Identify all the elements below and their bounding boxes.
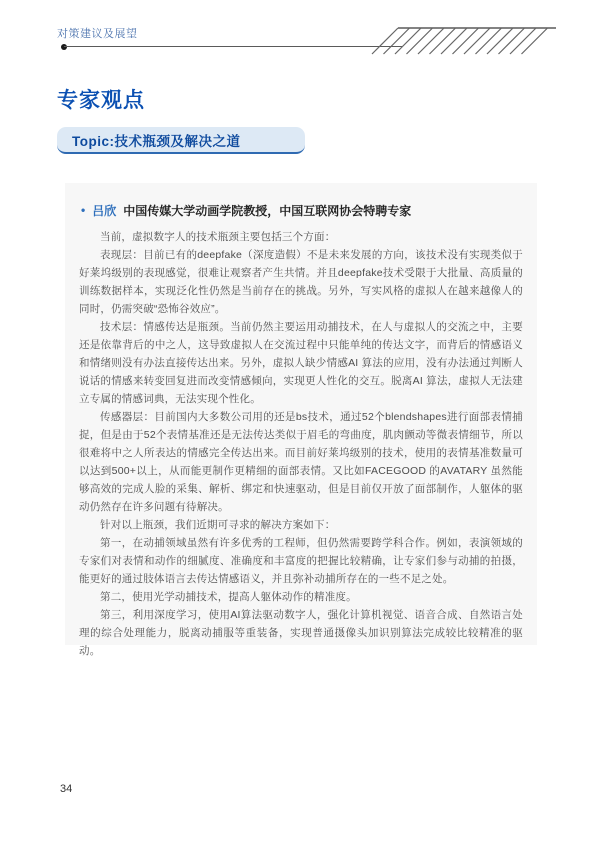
page-number: 34 [60,783,72,795]
expert-heading: • 吕欣 中国传媒大学动画学院教授，中国互联网协会特聘专家 [81,202,523,219]
header-divider-line [64,46,402,47]
paragraph: 当前，虚拟数字人的技术瓶颈主要包括三个方面： [79,228,523,246]
list-bullet-icon: • [81,203,85,217]
paragraph: 第一，在动捕领域虽然有许多优秀的工程师，但仍然需要跨学科合作。例如，表演领域的专… [79,534,523,588]
expert-opinion-body: 当前，虚拟数字人的技术瓶颈主要包括三个方面： 表现层：目前已有的deepfake… [79,228,523,660]
paragraph: 第二，使用光学动捕技术，提高人躯体动作的精准度。 [79,588,523,606]
expert-name: 吕欣 [92,202,116,219]
section-breadcrumb-label: 对策建议及展望 [57,25,138,41]
expert-opinion-card: • 吕欣 中国传媒大学动画学院教授，中国互联网协会特聘专家 当前，虚拟数字人的技… [65,183,537,645]
expert-affiliation: 中国传媒大学动画学院教授，中国互联网协会特聘专家 [123,202,411,219]
paragraph: 针对以上瓶颈，我们近期可寻求的解决方案如下： [79,516,523,534]
document-page: 对策建议及展望 专家观点 Topic:技术瓶颈及解决之道 • 吕欣 中国传媒大学… [0,0,600,850]
paragraph: 技术层：情感传达是瓶颈。当前仍然主要运用动捕技术，在人与虚拟人的交流之中，主要还… [79,318,523,408]
diagonal-hatch-decoration [368,25,560,57]
header-bullet-dot [61,44,67,50]
topic-badge: Topic:技术瓶颈及解决之道 [57,127,305,154]
paragraph: 表现层：目前已有的deepfake（深度造假）不是未来发展的方向，该技术没有实现… [79,246,523,318]
paragraph: 第三，利用深度学习，使用AI算法驱动数字人，强化计算机视觉、语音合成、自然语言处… [79,606,523,660]
topic-badge-label: Topic:技术瓶颈及解决之道 [72,130,241,150]
page-title: 专家观点 [57,84,145,114]
paragraph: 传感器层：目前国内大多数公司用的还是bs技术，通过52个blendshapes进… [79,408,523,516]
